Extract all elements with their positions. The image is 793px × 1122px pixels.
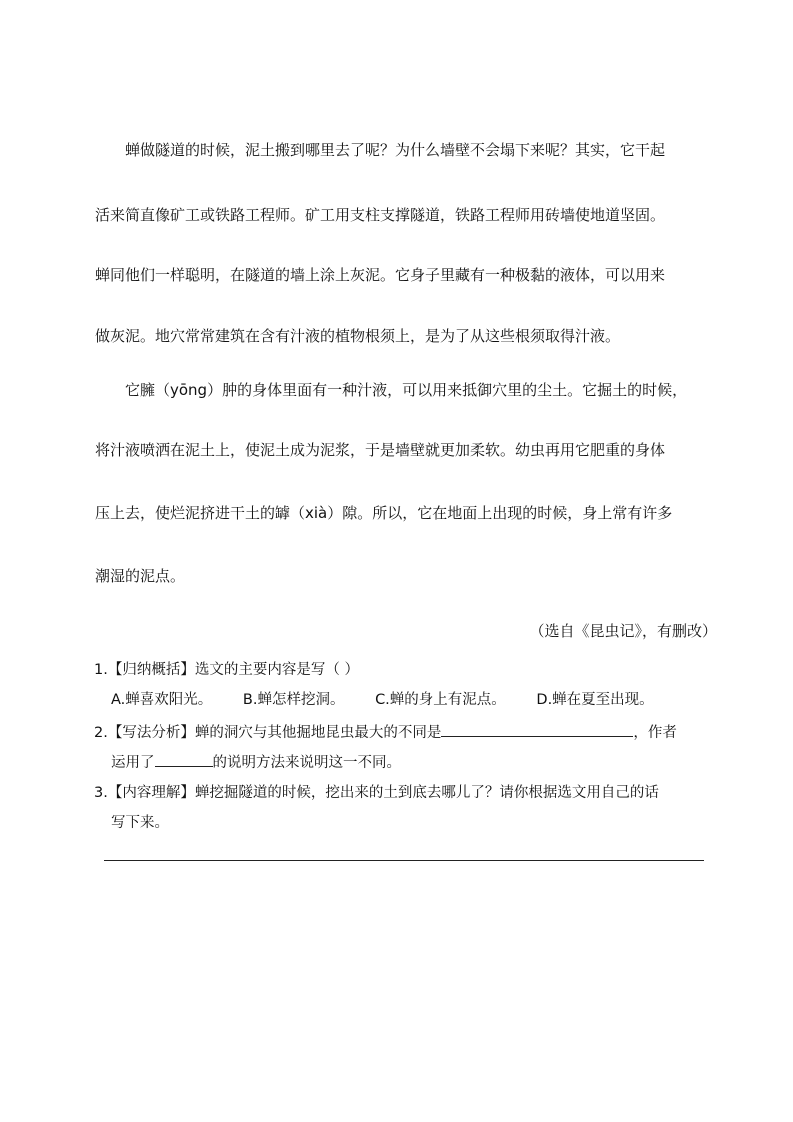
passage-line: 压上去，使烂泥挤进干土的罅（xià）隙。所以，它在地面上出现的时候，身上常有许多 (95, 503, 672, 523)
question-2-line-2: 运用了的说明方法来说明这一不同。 (111, 752, 401, 773)
passage-source: （选自《昆虫记》，有删改） (529, 620, 717, 641)
option-a[interactable]: A.蝉喜欢阳光。 (111, 690, 212, 710)
question-2-text-3: 的说明方法来说明这一不同。 (213, 755, 402, 771)
question-1-options: A.蝉喜欢阳光。 B.蝉怎样挖洞。 C.蝉的身上有泥点。 D.蝉在夏至出现。 (111, 690, 680, 710)
question-2-text: 2.【写法分析】蝉的洞穴与其他掘地昆虫最大的不同是 (94, 725, 441, 741)
passage-line: 蝉同他们一样聪明，在隧道的墙上涂上灰泥。它身子里藏有一种极黏的液体，可以用来 (95, 265, 665, 285)
question-1-text: 1.【归纳概括】选文的主要内容是写（ ） (94, 660, 359, 680)
question-2-text-2: 运用了 (111, 755, 155, 771)
passage-line: 活来简直像矿工或铁路工程师。矿工用支柱支撑隧道，铁路工程师用砖墙使地道坚固。 (95, 205, 665, 225)
passage-line: 它臃（yōng）肿的身体里面有一种汁液，可以用来抵御穴里的尘土。它掘土的时候， (125, 380, 687, 400)
passage-line: 蝉做隧道的时候，泥土搬到哪里去了呢？为什么墙壁不会塌下来呢？其实，它干起 (125, 140, 665, 160)
answer-blank-method[interactable] (155, 752, 213, 767)
passage-line: 将汁液喷洒在泥土上，使泥土成为泥浆，于是墙壁就更加柔软。幼虫再用它肥重的身体 (95, 440, 665, 460)
question-2-text-tail: ，作者 (633, 725, 677, 741)
option-d[interactable]: D.蝉在夏至出现。 (536, 690, 653, 710)
question-3-text: 3.【内容理解】蝉挖掘隧道的时候，挖出来的土到底去哪儿了？请你根据选文用自己的话 (94, 783, 659, 803)
option-c[interactable]: C.蝉的身上有泥点。 (375, 690, 506, 710)
question-3-text-2: 写下来。 (111, 813, 169, 833)
answer-line[interactable] (104, 860, 704, 861)
passage-line: 做灰泥。地穴常常建筑在含有汁液的植物根须上，是为了从这些根须取得汁液。 (95, 326, 620, 346)
answer-blank-difference[interactable] (441, 722, 633, 737)
option-b[interactable]: B.蝉怎样挖洞。 (243, 690, 345, 710)
question-2-line-1: 2.【写法分析】蝉的洞穴与其他掘地昆虫最大的不同是，作者 (94, 722, 677, 743)
passage-line: 潮湿的泥点。 (95, 566, 185, 586)
